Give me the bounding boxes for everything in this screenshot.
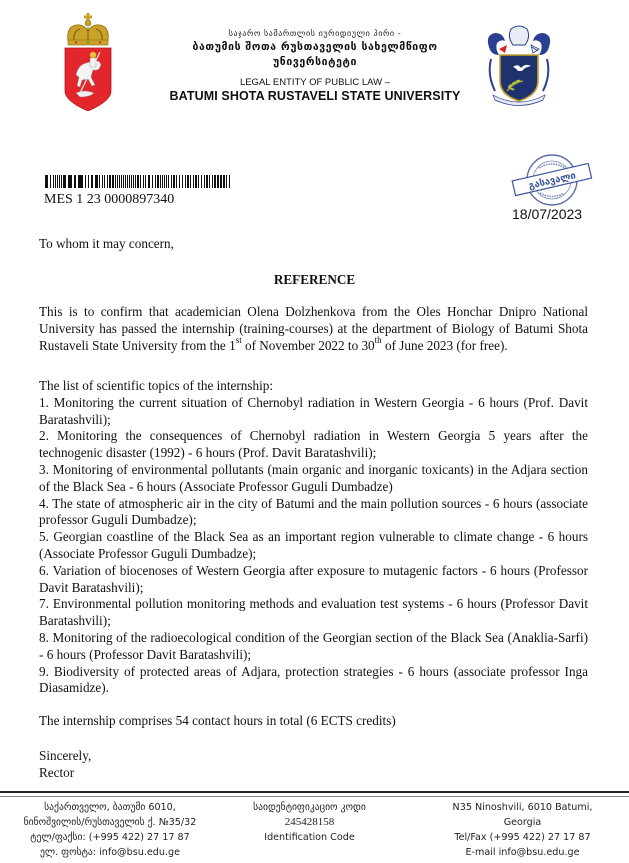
header-georgian-line-3: უნივერსიტეტი bbox=[150, 55, 480, 70]
institution-header: საჯარო სამართლის იურიდიული პირი - ბათუმი… bbox=[150, 28, 480, 104]
topic-item: 7. Environmental pollution monitoring me… bbox=[39, 596, 588, 630]
intro-sup-2: th bbox=[375, 335, 382, 345]
signatory: Rector bbox=[39, 765, 91, 782]
document-date: 18/07/2023 bbox=[512, 206, 582, 222]
barcode-icon bbox=[45, 175, 231, 188]
topic-item: 8. Monitoring of the radioecological con… bbox=[39, 630, 588, 664]
footer-divider-thin bbox=[0, 796, 629, 797]
footer-left-email[interactable]: ელ. ფოსტა: info@bsu.edu.ge bbox=[10, 845, 210, 860]
footer-divider-thick bbox=[0, 791, 629, 793]
topic-item: 1. Monitoring the current situation of C… bbox=[39, 395, 588, 429]
header-university-name: BATUMI SHOTA RUSTAVELI STATE UNIVERSITY bbox=[150, 89, 480, 104]
topic-item: 5. Georgian coastline of the Black Sea a… bbox=[39, 529, 588, 563]
footer-address-georgian: საქართველო, ბათუმი 6010, ნინოშვილის/რუსთ… bbox=[10, 800, 210, 860]
footer-right-line-2: Georgia bbox=[430, 815, 615, 830]
footer-id-code: 245428158 bbox=[222, 815, 397, 830]
intro-text-2: of November 2022 to 30 bbox=[242, 338, 375, 353]
header-georgian-line-2: ბათუმის შოთა რუსთაველის სახელმწიფო bbox=[150, 40, 480, 55]
footer-right-email[interactable]: E-mail info@bsu.edu.ge bbox=[430, 845, 615, 860]
salutation: To whom it may concern, bbox=[39, 236, 174, 253]
topics-list: The list of scientific topics of the int… bbox=[39, 378, 588, 697]
topic-item: 9. Biodiversity of protected areas of Ad… bbox=[39, 664, 588, 698]
footer-identification: საიდენტიფიკაციო კოდი 245428158 Identific… bbox=[222, 800, 397, 845]
topic-item: 2. Monitoring the consequences of Cherno… bbox=[39, 428, 588, 462]
closing: Sincerely, bbox=[39, 748, 91, 765]
registration-number: MES 1 23 0000897340 bbox=[44, 192, 174, 208]
outgoing-stamp-icon: გასავალი bbox=[506, 152, 598, 208]
coat-of-arms-of-georgia-icon bbox=[60, 13, 116, 111]
intro-paragraph: This is to confirm that academician Olen… bbox=[39, 304, 588, 354]
footer-right-line-3: Tel/Fax (+995 422) 27 17 87 bbox=[430, 830, 615, 845]
footer-left-line-1: საქართველო, ბათუმი 6010, bbox=[10, 800, 210, 815]
footer-right-line-1: N35 Ninoshvili, 6010 Batumi, bbox=[430, 800, 615, 815]
footer-left-line-3: ტელ/ფაქსი: (+995 422) 27 17 87 bbox=[10, 830, 210, 845]
footer-address-english: N35 Ninoshvili, 6010 Batumi, Georgia Tel… bbox=[430, 800, 615, 860]
topic-item: 4. The state of atmospheric air in the c… bbox=[39, 496, 588, 530]
intro-sup-1: st bbox=[236, 335, 242, 345]
footer-id-label-english: Identification Code bbox=[222, 830, 397, 845]
header-georgian-line-1: საჯარო სამართლის იურიდიული პირი - bbox=[150, 28, 480, 40]
header-legal-entity: LEGAL ENTITY OF PUBLIC LAW – bbox=[150, 77, 480, 89]
topics-heading: The list of scientific topics of the int… bbox=[39, 378, 588, 395]
intro-text-3: of June 2023 (for free). bbox=[382, 338, 508, 353]
topic-item: 6. Variation of biocenoses of Western Ge… bbox=[39, 563, 588, 597]
topic-item: 3. Monitoring of environmental pollutant… bbox=[39, 462, 588, 496]
footer-left-line-2: ნინოშვილის/რუსთაველის ქ. №35/32 bbox=[10, 815, 210, 830]
closing-block: Sincerely, Rector bbox=[39, 748, 91, 782]
total-hours: The internship comprises 54 contact hour… bbox=[39, 713, 396, 730]
letter-title: REFERENCE bbox=[0, 272, 629, 289]
batumi-university-emblem-icon bbox=[485, 25, 553, 107]
footer-id-label-georgian: საიდენტიფიკაციო კოდი bbox=[222, 800, 397, 815]
